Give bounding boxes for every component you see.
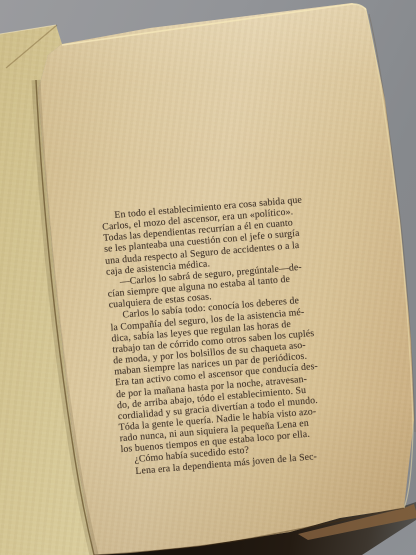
page-text-block: En todo el establecimiento era cosa sabi… (101, 193, 336, 477)
book-photo: En todo el establecimiento era cosa sabi… (0, 0, 416, 555)
